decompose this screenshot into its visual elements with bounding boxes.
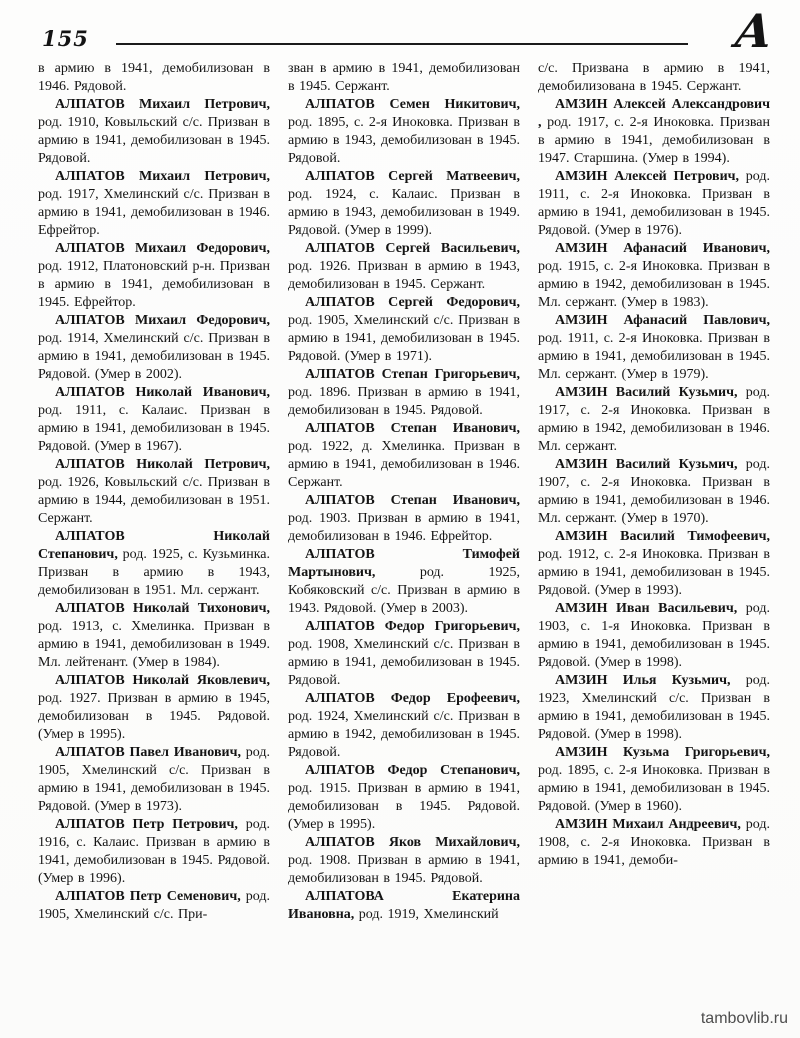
entry-text: род. 1912, Платоновский р-н. Призван в а… — [38, 259, 270, 310]
entry-name: АЛПАТОВ Семен Никитович, — [305, 97, 520, 112]
veteran-entry: АЛПАТОВ Николай Яковлевич, род. 1927. Пр… — [38, 672, 270, 744]
entry-name: АМЗИН Кузьма Григорьевич, — [555, 745, 770, 760]
entry-text: род. 1908, Хмелинский с/с. Призван в арм… — [288, 637, 520, 688]
veteran-entry: АМЗИН Василий Кузьмич, род. 1907, с. 2-я… — [538, 456, 770, 528]
entry-text: род. 1905, Хмелинский с/с. Призван в арм… — [288, 313, 520, 364]
entry-name: АМЗИН Илья Кузьмич, — [555, 673, 731, 688]
entry-name: АЛПАТОВ Сергей Васильевич, — [305, 241, 520, 256]
veteran-entry: АЛПАТОВ Николай Степанович, род. 1925, с… — [38, 528, 270, 600]
entry-name: АЛПАТОВ Степан Иванович, — [305, 421, 520, 436]
watermark-text: tambovlib.ru — [701, 1010, 788, 1028]
entry-text: род. 1895, с. 2-я Иноковка. Призван в ар… — [288, 115, 520, 166]
entry-text: род. 1903. Призван в армию в 1941, демоб… — [288, 511, 520, 544]
entry-text: род. 1922, д. Хмелинка. Призван в армию … — [288, 439, 520, 490]
entry-name: АЛПАТОВ Петр Семенович, — [55, 889, 241, 904]
veteran-entry: АЛПАТОВ Сергей Васильевич, род. 1926. Пр… — [288, 240, 520, 294]
veteran-entry: АЛПАТОВ Семен Никитович, род. 1895, с. 2… — [288, 96, 520, 168]
column-middle: зван в армию в 1941, демобилизован в 194… — [288, 60, 520, 1006]
entry-name: АМЗИН Василий Кузьмич, — [555, 385, 737, 400]
entry-name: АЛПАТОВ Яков Михайлович, — [305, 835, 520, 850]
veteran-entry: АЛПАТОВ Николай Иванович, род. 1911, с. … — [38, 384, 270, 456]
veteran-entry: АЛПАТОВА Екатерина Ивановна, род. 1919, … — [288, 888, 520, 924]
entry-name: АЛПАТОВ Павел Иванович, — [55, 745, 241, 760]
veteran-entry: АЛПАТОВ Федор Ерофеевич, род. 1924, Хмел… — [288, 690, 520, 762]
entry-text: род. 1924, с. Калаис. Призван в армию в … — [288, 187, 520, 238]
entry-name: АЛПАТОВ Сергей Матвеевич, — [305, 169, 520, 184]
entry-text: род. 1908. Призван в армию в 1941, демоб… — [288, 853, 520, 886]
veteran-entry: АМЗИН Алексей Александрович , род. 1917,… — [538, 96, 770, 168]
book-page: 155 А в армию в 1941, демобилизован в 19… — [0, 0, 800, 1038]
veteran-entry: АЛПАТОВ Михаил Петрович, род. 1910, Ковы… — [38, 96, 270, 168]
entry-name: АМЗИН Михаил Андреевич, — [555, 817, 741, 832]
entry-name: АМЗИН Афанасий Иванович, — [555, 241, 770, 256]
veteran-entry: АЛПАТОВ Михаил Федорович, род. 1912, Пла… — [38, 240, 270, 312]
entry-text: род. 1919, Хмелинский — [354, 907, 498, 922]
veteran-entry: АМЗИН Афанасий Иванович, род. 1915, с. 2… — [538, 240, 770, 312]
veteran-entry: АЛПАТОВ Павел Иванович, род. 1905, Хмели… — [38, 744, 270, 816]
veteran-entry: АМЗИН Илья Кузьмич, род. 1923, Хмелински… — [538, 672, 770, 744]
entry-name: АЛПАТОВ Николай Тихонович, — [55, 601, 270, 616]
entry-text: род. 1912, с. 2-я Иноковка. Призван в ар… — [538, 547, 770, 598]
entry-name: АЛПАТОВ Николай Петрович, — [55, 457, 270, 472]
veteran-entry: АМЗИН Василий Тимофеевич, род. 1912, с. … — [538, 528, 770, 600]
entry-text: род. 1914, Хмелинский с/с. Призван в арм… — [38, 331, 270, 382]
entry-name: АЛПАТОВ Михаил Петрович, — [55, 169, 270, 184]
entry-text: род. 1910, Ковыльский с/с. Призван в арм… — [38, 115, 270, 166]
veteran-entry: АЛПАТОВ Петр Семенович, род. 1905, Хмели… — [38, 888, 270, 924]
entry-name: АЛПАТОВ Степан Григорьевич, — [305, 367, 520, 382]
veteran-entry: АЛПАТОВ Сергей Матвеевич, род. 1924, с. … — [288, 168, 520, 240]
entry-name: АЛПАТОВ Михаил Федорович, — [55, 313, 270, 328]
entry-text: род. 1896. Призван в армию в 1941, демоб… — [288, 385, 520, 418]
entry-text: род. 1917, с. 2-я Иноковка. Призван в ар… — [538, 115, 770, 166]
entry-name: АЛПАТОВ Петр Петрович, — [55, 817, 238, 832]
page-footer: tambovlib.ru — [0, 1008, 800, 1038]
veteran-entry: АЛПАТОВ Федор Григорьевич, род. 1908, Хм… — [288, 618, 520, 690]
veteran-entry: АМЗИН Кузьма Григорьевич, род. 1895, с. … — [538, 744, 770, 816]
text-columns: в армию в 1941, демобилизован в 1946. Ря… — [38, 60, 770, 1006]
veteran-entry: АЛПАТОВ Яков Михайлович, род. 1908. Приз… — [288, 834, 520, 888]
veteran-entry: АЛПАТОВ Сергей Федорович, род. 1905, Хме… — [288, 294, 520, 366]
entry-text: род. 1926, Ковыльский с/с. Призван в арм… — [38, 475, 270, 526]
entry-name: АЛПАТОВ Федор Ерофеевич, — [305, 691, 520, 706]
veteran-entry: АЛПАТОВ Петр Петрович, род. 1916, с. Кал… — [38, 816, 270, 888]
veteran-entry: АЛПАТОВ Степан Григорьевич, род. 1896. П… — [288, 366, 520, 420]
veteran-entry: АЛПАТОВ Тимофей Мартынович, род. 1925, К… — [288, 546, 520, 618]
entry-name: АМЗИН Василий Тимофеевич, — [555, 529, 770, 544]
entry-name: АЛПАТОВ Степан Иванович, — [305, 493, 520, 508]
veteran-entry: АЛПАТОВ Федор Степанович, род. 1915. При… — [288, 762, 520, 834]
veteran-entry: зван в армию в 1941, демобилизован в 194… — [288, 60, 520, 96]
entry-name: АМЗИН Афанасий Павлович, — [555, 313, 770, 328]
entry-name: АЛПАТОВ Николай Яковлевич, — [55, 673, 270, 688]
page-header: 155 А — [0, 0, 800, 60]
entry-text: род. 1917, Хмелинский с/с. Призван в арм… — [38, 187, 270, 238]
header-rule — [116, 43, 688, 45]
veteran-entry: АЛПАТОВ Николай Тихонович, род. 1913, с.… — [38, 600, 270, 672]
entry-text: род. 1915, с. 2-я Иноковка. Призван в ар… — [538, 259, 770, 310]
entry-text: род. 1911, с. Калаис. Призван в армию в … — [38, 403, 270, 454]
entry-name: АЛПАТОВ Федор Степанович, — [305, 763, 520, 778]
entry-text: род. 1927. Призван в армию в 1945, демоб… — [38, 691, 270, 742]
veteran-entry: АМЗИН Михаил Андреевич, род. 1908, с. 2-… — [538, 816, 770, 870]
entry-text: в армию в 1941, демобилизован в 1946. Ря… — [38, 61, 270, 94]
veteran-entry: АМЗИН Афанасий Павлович, род. 1911, с. 2… — [538, 312, 770, 384]
entry-name: АМЗИН Алексей Петрович, — [555, 169, 739, 184]
veteran-entry: АМЗИН Алексей Петрович, род. 1911, с. 2-… — [538, 168, 770, 240]
column-right: с/с. Призвана в армию в 1941, демобилизо… — [538, 60, 770, 1006]
entry-text: род. 1911, с. 2-я Иноковка. Призван в ар… — [538, 331, 770, 382]
section-letter: А — [732, 8, 774, 54]
entry-name: АЛПАТОВ Михаил Федорович, — [55, 241, 270, 256]
entry-text: род. 1915. Призван в армию в 1941, демоб… — [288, 781, 520, 832]
veteran-entry: АЛПАТОВ Степан Иванович, род. 1903. Приз… — [288, 492, 520, 546]
veteran-entry: АМЗИН Василий Кузьмич, род. 1917, с. 2-я… — [538, 384, 770, 456]
column-left: в армию в 1941, демобилизован в 1946. Ря… — [38, 60, 270, 1006]
veteran-entry: АЛПАТОВ Михаил Петрович, род. 1917, Хмел… — [38, 168, 270, 240]
entry-name: АЛПАТОВ Федор Григорьевич, — [305, 619, 520, 634]
page-number: 155 — [42, 26, 89, 51]
entry-text: род. 1913, с. Хмелинка. Призван в армию … — [38, 619, 270, 670]
veteran-entry: АЛПАТОВ Николай Петрович, род. 1926, Ков… — [38, 456, 270, 528]
veteran-entry: АЛПАТОВ Степан Иванович, род. 1922, д. Х… — [288, 420, 520, 492]
veteran-entry: АЛПАТОВ Михаил Федорович, род. 1914, Хме… — [38, 312, 270, 384]
veteran-entry: в армию в 1941, демобилизован в 1946. Ря… — [38, 60, 270, 96]
entry-name: АМЗИН Иван Васильевич, — [555, 601, 737, 616]
veteran-entry: с/с. Призвана в армию в 1941, демобилизо… — [538, 60, 770, 96]
entry-text: род. 1895, с. 2-я Иноковка. Призван в ар… — [538, 763, 770, 814]
entry-name: АЛПАТОВ Николай Иванович, — [55, 385, 270, 400]
entry-name: АМЗИН Василий Кузьмич, — [555, 457, 737, 472]
entry-text: с/с. Призвана в армию в 1941, демобилизо… — [538, 61, 770, 94]
entry-name: АЛПАТОВ Сергей Федорович, — [305, 295, 520, 310]
entry-text: род. 1926. Призван в армию в 1943, демоб… — [288, 259, 520, 292]
entry-text: зван в армию в 1941, демобилизован в 194… — [288, 61, 520, 94]
veteran-entry: АМЗИН Иван Васильевич, род. 1903, с. 1-я… — [538, 600, 770, 672]
entry-name: АЛПАТОВ Михаил Петрович, — [55, 97, 270, 112]
entry-text: род. 1924, Хмелинский с/с. Призван в арм… — [288, 709, 520, 760]
